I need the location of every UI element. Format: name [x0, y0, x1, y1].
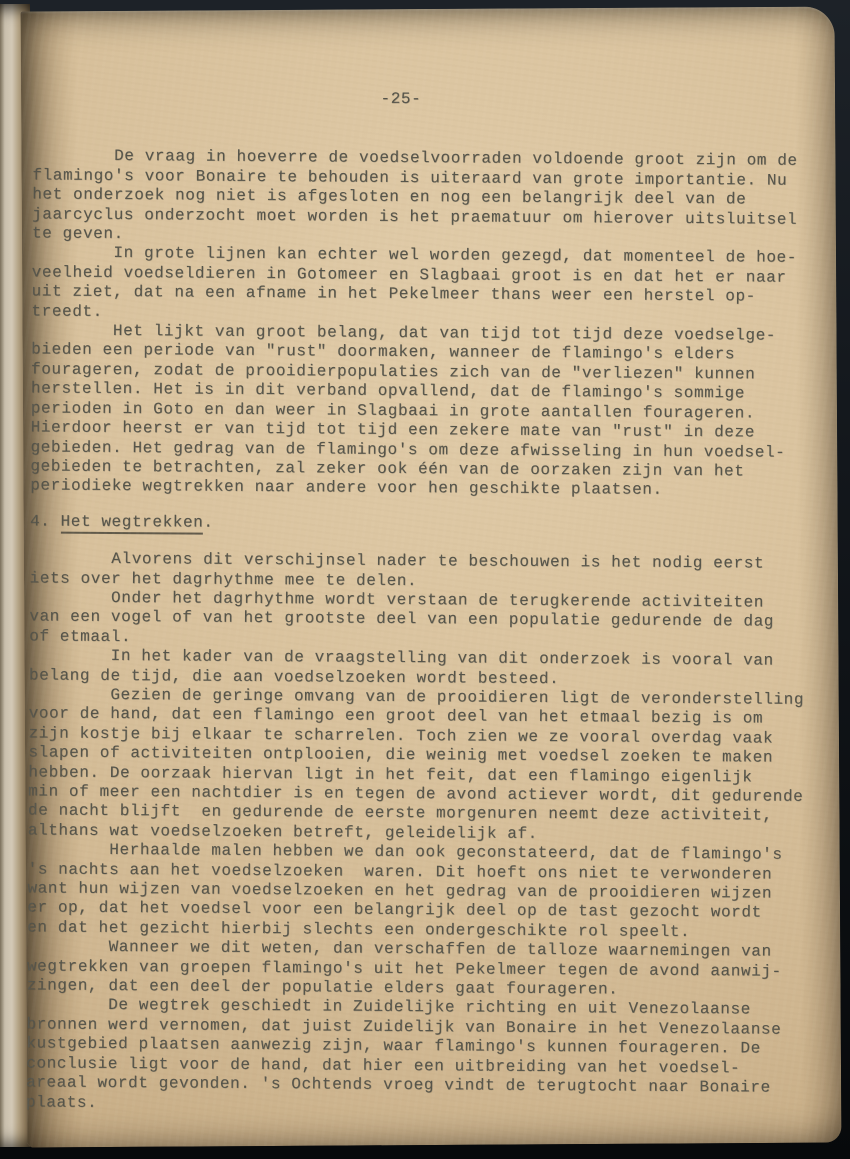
paragraph: Wanneer we dit weten, dan verschaffen de…: [27, 938, 827, 1002]
paragraph: Gezien de geringe omvang van de prooidie…: [28, 685, 829, 846]
paragraph: De vraag in hoeverre de voedselvoorraden…: [32, 147, 833, 250]
section-heading: 4. Het wegtrekken.: [30, 512, 830, 537]
section-title-period: .: [203, 513, 213, 531]
paragraph: In het kader van de vraagstelling van di…: [29, 647, 829, 691]
paragraph: De wegtrek geschiedt in Zuidelijke richt…: [26, 996, 827, 1118]
paragraph: In grote lijnen kan echter wel worden ge…: [31, 244, 832, 327]
paragraph: Onder het dagrhythme wordt verstaan de t…: [29, 588, 829, 652]
section-title: Het wegtrekken: [60, 512, 203, 534]
typewritten-text: -25- De vraag in hoeverre de voedselvoor…: [26, 87, 833, 1117]
page-number: -25-: [33, 87, 769, 112]
paragraph: Alvorens dit verschijnsel nader te besch…: [30, 550, 830, 594]
paragraph: Herhaalde malen hebben we dan ook gecons…: [27, 841, 828, 944]
scanned-book-photo: -25- De vraag in hoeverre de voedselvoor…: [0, 0, 850, 1159]
document-page: -25- De vraag in hoeverre de voedselvoor…: [21, 7, 842, 1148]
section-number: 4.: [30, 512, 61, 530]
paragraph: Het lijkt van groot belang, dat van tijd…: [30, 321, 831, 501]
